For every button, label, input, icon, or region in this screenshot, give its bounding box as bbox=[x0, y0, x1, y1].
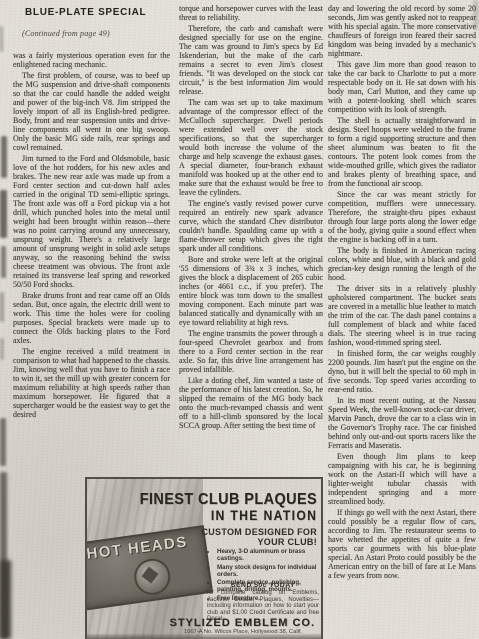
article-title: BLUE-PLATE SPECIAL bbox=[25, 7, 146, 18]
scan-artifact bbox=[0, 560, 11, 639]
scan-artifact bbox=[0, 292, 4, 322]
ad-feature-item: Many stock designs for individual orders… bbox=[217, 564, 323, 578]
article-paragraph: Therefore, the carb and camshaft were de… bbox=[179, 24, 323, 96]
article-paragraph: This gave Jim more than good reason to t… bbox=[328, 60, 476, 114]
scan-artifact bbox=[0, 418, 6, 466]
scan-artifact bbox=[0, 338, 4, 360]
ad-headline-line1: FINEST CLUB PLAQUES bbox=[140, 491, 317, 509]
article-paragraph: was a fairly mysterious operation even f… bbox=[13, 51, 170, 69]
plaque-emblem-icon bbox=[132, 556, 173, 597]
continued-from-note: (Continued from page 49) bbox=[22, 29, 110, 38]
scan-artifact bbox=[0, 26, 3, 52]
article-paragraph: Since the car was meant strictly for com… bbox=[328, 190, 476, 244]
club-plaques-advertisement: HOT HEADS FINEST CLUB PLAQUES IN THE NAT… bbox=[85, 477, 323, 639]
article-paragraph: The cam was set up to take maximum advan… bbox=[179, 98, 323, 197]
article-paragraph: The first problem, of course, was to bee… bbox=[13, 71, 170, 152]
scan-artifact bbox=[0, 190, 7, 238]
scan-artifact bbox=[473, 0, 479, 30]
article-paragraph: The engine transmits the power through a… bbox=[179, 329, 323, 374]
article-paragraph: torque and horsepower curves with the le… bbox=[179, 4, 323, 22]
scan-artifact bbox=[85, 634, 323, 639]
ad-feature-item: Heavy, 3-D aluminum or brass castings. bbox=[217, 548, 323, 562]
article-paragraph: Bore and stroke were left at the origina… bbox=[179, 255, 323, 327]
article-paragraph: Even though Jim plans to keep campaignin… bbox=[328, 452, 476, 506]
plaque-club-name: HOT HEADS bbox=[86, 533, 189, 562]
article-paragraph: The body is finished in American racing … bbox=[328, 246, 476, 282]
article-paragraph: In finished form, the car weighs roughly… bbox=[328, 349, 476, 394]
article-paragraph: The driver sits in a relatively plushly … bbox=[328, 284, 476, 347]
article-paragraph: Jim turned to the Ford and Oldsmobile, b… bbox=[13, 154, 170, 289]
article-paragraph: Like a doting chef, Jim wanted a taste o… bbox=[179, 376, 323, 430]
scan-artifact bbox=[1, 136, 7, 178]
ad-subheadline: CUSTOM DESIGNED FOR YOUR CLUB! bbox=[191, 527, 317, 547]
article-paragraph: If things go well with the next Astari, … bbox=[328, 508, 476, 580]
article-paragraph: The shell is actually straightforward in… bbox=[328, 116, 476, 188]
article-paragraph: The engine's vastly revised power curve … bbox=[179, 199, 323, 253]
article-column-3: day and lowering the old record by some … bbox=[328, 4, 476, 638]
article-paragraph: The engine received a mild treatment in … bbox=[13, 347, 170, 419]
article-column-1: was a fairly mysterious operation even f… bbox=[13, 51, 170, 472]
article-paragraph: day and lowering the old record by some … bbox=[328, 4, 476, 58]
ad-headline-line2: IN THE NATION bbox=[211, 508, 317, 523]
ad-offer-lead: SEND 50c TODAY bbox=[207, 582, 319, 589]
scan-artifact bbox=[1, 246, 6, 278]
article-paragraph: In its most recent outing, at the Nassau… bbox=[328, 396, 476, 450]
ad-company-name: STYLIZED EMBLEM CO. bbox=[170, 617, 316, 629]
scanned-magazine-page: BLUE-PLATE SPECIAL (Continued from page … bbox=[0, 0, 479, 639]
article-paragraph: Brake drums front and rear came off an O… bbox=[13, 291, 170, 345]
article-column-2: torque and horsepower curves with the le… bbox=[179, 4, 323, 472]
